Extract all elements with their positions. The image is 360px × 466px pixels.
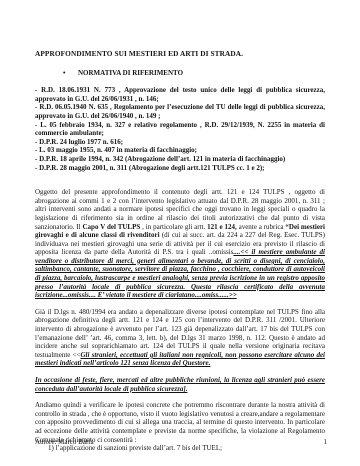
section-heading-label: NORMATIVA DI RIFERIMENTO <box>78 69 183 77</box>
bullet-icon: • <box>63 69 78 78</box>
document-page: APPROFONDIMENTO SUI MESTIERI ED ARTI DI … <box>0 0 360 466</box>
reference-item: - D.P.R. 24 luglio 1977 n. 616; <box>35 138 325 147</box>
references-list: - R.D. 18.06.1931 N. 773 , Approvazione … <box>35 86 325 172</box>
reference-item: - D.P.R. 18 aprile 1994, n. 342 (Abrogaz… <box>35 155 325 164</box>
author-label: Autore: Marco Baffa <box>35 438 94 447</box>
page-title: APPROFONDIMENTO SUI MESTIERI ED ARTI DI … <box>35 50 325 59</box>
reference-item: - D.P.R. 28 maggio 2001, n. 311 (Abrogaz… <box>35 164 325 173</box>
page-number: 1 <box>324 438 328 447</box>
reference-item: - L. 05 febbraio 1934, n. 327 e relativo… <box>35 121 325 138</box>
section-heading: •NORMATIVA DI RIFERIMENTO <box>35 69 325 78</box>
reference-item: - L. 03 maggio 1955, n. 407 in materia d… <box>35 146 325 155</box>
reference-item: - R.D. 06.05.1940 N. 635 , Regolamento p… <box>35 103 325 120</box>
paragraph-gia-dlgs: Già il D.lgs n. 480/1994 era andato a de… <box>35 308 325 368</box>
paragraph-in-occasione: In occasione di feste, fiere, mercati ed… <box>35 376 325 393</box>
page-footer: Autore: Marco Baffa 1 <box>35 438 327 447</box>
reference-item: - R.D. 18.06.1931 N. 773 , Approvazione … <box>35 86 325 103</box>
paragraph-oggetto: Oggetto del presente approfondimento il … <box>35 188 325 300</box>
